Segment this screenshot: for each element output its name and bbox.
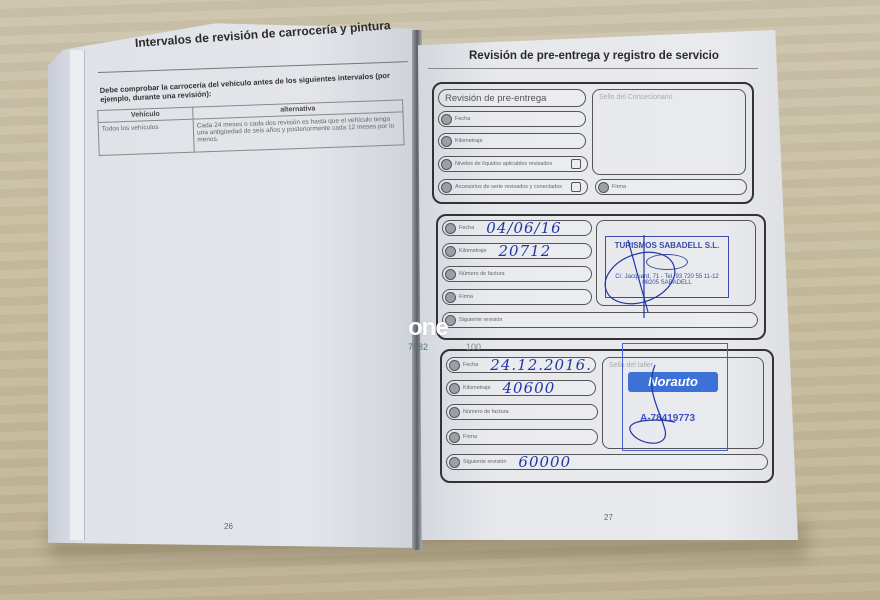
pre-delivery-header: Revisión de pre-entrega xyxy=(438,89,586,107)
bullet-icon xyxy=(445,223,456,234)
field-label: Kilometraje xyxy=(455,138,483,144)
table-cell: Cada 24 meses o cada dos revisión es has… xyxy=(193,112,404,152)
field-label: Siguiente revisión xyxy=(459,317,502,323)
field-label: Siguiente revisión xyxy=(463,459,506,465)
pre-delivery-date-field[interactable]: Fecha xyxy=(438,111,586,127)
field-label: Número de factura xyxy=(459,271,505,277)
field-label: Número de factura xyxy=(463,409,509,415)
service-1-date-field[interactable]: Fecha 04/06/16 xyxy=(442,220,592,236)
field-label: Firma xyxy=(463,434,477,440)
checkbox[interactable] xyxy=(571,182,581,192)
service-2-invoice-field[interactable]: Número de factura xyxy=(446,404,598,420)
page-number-left: 26 xyxy=(224,522,233,531)
field-label: Kilometraje xyxy=(459,248,487,254)
bullet-icon xyxy=(441,182,452,193)
stamp-id: A-78419773 xyxy=(640,413,695,424)
service-2-signature-field[interactable]: Firma xyxy=(446,429,598,445)
ford-logo-icon xyxy=(646,254,688,270)
handwritten-date: 24.12.2016. xyxy=(490,356,592,374)
watermark-code: 7682 xyxy=(408,342,428,352)
handwritten-date: 04/06/16 xyxy=(486,219,561,237)
service-1-mileage-field[interactable]: Kilometraje 20712 xyxy=(442,243,592,259)
service-2-next-service-field[interactable]: Siguiente revisión 60000 xyxy=(446,454,768,470)
bullet-icon xyxy=(449,432,460,443)
service-2-mileage-field[interactable]: Kilometraje 40600 xyxy=(446,380,596,396)
bullet-icon xyxy=(449,457,460,468)
page-number-right: 27 xyxy=(604,513,613,522)
pre-delivery-mileage-field[interactable]: Kilometraje xyxy=(438,133,586,149)
pre-delivery-fluids-field[interactable]: Niveles de líquidos aplicables revisados xyxy=(438,156,588,172)
dealer-stamp-area: Sello del Concesionario xyxy=(592,89,746,175)
right-page-title: Revisión de pre-entrega y registro de se… xyxy=(469,50,719,62)
pre-delivery-signature-field[interactable]: Firma xyxy=(595,179,747,195)
field-label: Firma xyxy=(459,294,473,300)
field-label: Fecha xyxy=(459,225,474,231)
bullet-icon xyxy=(598,182,609,193)
handwritten-mileage: 40600 xyxy=(503,379,556,397)
field-label: Accesorios de serie revisados y conectad… xyxy=(455,184,562,190)
field-label: Fecha xyxy=(455,116,470,122)
table-cell: Todos los vehículos xyxy=(98,119,194,155)
bullet-icon xyxy=(445,269,456,280)
left-page-edge xyxy=(70,50,85,540)
service-1-next-service-field[interactable]: Siguiente revisión xyxy=(442,312,758,328)
checkbox[interactable] xyxy=(571,159,581,169)
service-1-invoice-field[interactable]: Número de factura xyxy=(442,266,592,282)
dealer-stamp-turismos: TURISMOS SABADELL S.L. C/. Jacquard, 71 … xyxy=(605,236,729,298)
bullet-icon xyxy=(441,136,452,147)
stamp-area-label: Sello del Concesionario xyxy=(599,94,673,101)
bullet-icon xyxy=(441,159,452,170)
pre-delivery-accessories-field[interactable]: Accesorios de serie revisados y conectad… xyxy=(438,179,588,195)
field-label: Fecha xyxy=(463,362,478,368)
title-divider xyxy=(428,68,758,69)
norauto-logo: Norauto xyxy=(628,372,718,392)
workshop-stamp-norauto xyxy=(622,343,728,451)
field-label: Kilometraje xyxy=(463,385,491,391)
bullet-icon xyxy=(449,407,460,418)
field-label: Firma xyxy=(612,184,626,190)
handwritten-mileage: 20712 xyxy=(499,242,552,260)
service-2-date-field[interactable]: Fecha 24.12.2016. xyxy=(446,357,596,373)
pre-delivery-header-label: Revisión de pre-entrega xyxy=(445,93,546,104)
watermark-sub: 100 xyxy=(466,342,481,352)
handwritten-next-mileage: 60000 xyxy=(518,453,571,471)
bullet-icon xyxy=(449,360,460,371)
stamp-company: TURISMOS SABADELL S.L. xyxy=(606,241,728,250)
field-label: Niveles de líquidos aplicables revisados xyxy=(455,161,552,167)
stamp-city: 08205 SABADELL xyxy=(606,280,728,286)
bullet-icon xyxy=(445,246,456,257)
service-1-signature-field[interactable]: Firma xyxy=(442,289,592,305)
watermark-logo: one xyxy=(408,314,448,342)
bullet-icon xyxy=(441,114,452,125)
bullet-icon xyxy=(445,292,456,303)
bullet-icon xyxy=(449,383,460,394)
